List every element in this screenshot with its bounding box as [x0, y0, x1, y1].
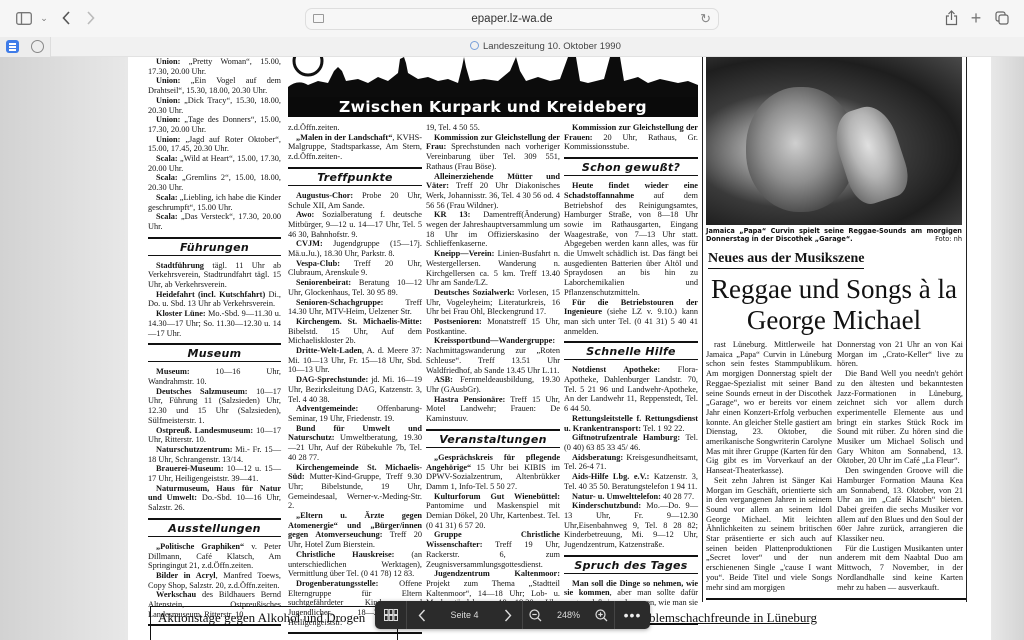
listing-entry: Deutsches Sozialwerk: Vorlesen, 15 Uhr, …	[426, 288, 560, 317]
listing-entry-title: Postsenioren:	[434, 317, 482, 326]
listing-entry-title: Aids-Hilfe Lbg. e.V.:	[572, 472, 649, 481]
listing-entry-title: Natur- u. Umwelttelefon:	[572, 492, 661, 501]
schon-gewusst-text: Heute findet wieder eine Schadstoffannah…	[564, 181, 698, 336]
browser-toolbar: ⌄ epaper.lz-wa.de ↻ +	[0, 0, 1024, 37]
tabs-overview-icon[interactable]	[992, 9, 1012, 27]
page-indicator: Seite 4	[435, 610, 495, 620]
page-navigation-toolbar: Seite 4 248% •••	[375, 601, 650, 629]
section-title-schnelle-hilfe: Schnelle Hilfe	[564, 345, 698, 360]
column-kino-fuehrungen-museum: Union: „Pretty Woman“, 15.00, 17.30, 20.…	[148, 57, 281, 628]
listing-entry-title: Giftnotrufzentrale Hamburg:	[572, 433, 680, 442]
listing-entry: Alleinerziehende Mütter und Väter: Treff…	[426, 172, 560, 211]
schnelle-hilfe-listings: Notdienst Apotheke: Flora-Apotheke, Dahl…	[564, 365, 698, 549]
active-tab[interactable]: Landeszeitung 10. Oktober 1990	[470, 41, 621, 52]
listing-entry-title: Heidefahrt (incl. Kutschfahrt)	[156, 290, 265, 299]
listing-entry-title: Deutsches Salzmuseum:	[156, 387, 248, 396]
listing-entry-title: DAG-Sprechstunde:	[296, 375, 368, 384]
zoom-in-button[interactable]	[590, 601, 614, 629]
lead-listings: „Malen in der Landschaft“, KVHS-Malgrupp…	[288, 133, 422, 162]
listing-entry-title: „Politische Graphiken“	[156, 542, 244, 551]
kino-listings: Union: „Pretty Woman“, 15.00, 17.30, 20.…	[148, 57, 281, 232]
zoom-level: 248%	[548, 610, 590, 620]
section-title-spruch-des-tages: Spruch des Tages	[564, 559, 698, 574]
article-photo[interactable]	[706, 57, 962, 225]
listing-entry: Heute findet wieder eine Schadstoffannah…	[564, 181, 698, 297]
listing-entry-title: Bilder in Acryl	[156, 571, 216, 580]
veranstaltungen-listings: „Gesprächskreis für pflegende Angehörige…	[426, 453, 560, 618]
listing-entry-title: Man soll die Dinge so nehmen, wie sie ko…	[564, 579, 698, 598]
photo-caption: Jamaica „Papa“ Curvin spielt seine Regga…	[706, 227, 962, 243]
listing-entry: Augustus-Chor: Probe 20 Uhr, Schule XII,…	[288, 191, 422, 210]
listing-entry-title: Scala:	[156, 193, 178, 202]
listing-entry-title: Kulturforum Gut Wienebüttel:	[434, 492, 560, 501]
listing-entry: Kinderschutzbund: Mo.—Do. 9—13 Uhr, Fr. …	[564, 501, 698, 550]
grid-icon	[384, 609, 398, 621]
extension-icon[interactable]	[31, 40, 44, 53]
listing-entry: Naturmuseum, Haus für Natur und Umwelt: …	[148, 484, 281, 513]
section-title-treffpunkte: Treffpunkte	[288, 171, 422, 186]
prev-page-button[interactable]	[409, 601, 435, 629]
listing-entry: Für die Betriebstouren der Ingenieure (s…	[564, 298, 698, 337]
listing-entry: Seniorenbeirat: Beratung 10—12 Uhr, Gloc…	[288, 278, 422, 297]
listing-entry: Rettungsleitstelle f. Rettungsdienst u. …	[564, 414, 698, 433]
listing-entry-title: „Malen in der Landschaft“	[296, 133, 392, 142]
listing-entry-title: Awo:	[296, 210, 314, 219]
listing-entry-title: Für die Betriebstouren der Ingenieure	[564, 298, 698, 317]
listing-entry: DAG-Sprechstunde: jd. Mi. 16—19 Uhr, Bez…	[288, 375, 422, 404]
bottom-right-headline: blemschachfreunde in Lüneburg	[649, 610, 817, 626]
article-paragraph: Für die Lustigen Musikanten unter andere…	[837, 544, 963, 593]
listing-entry-title: Augustus-Chor:	[296, 191, 353, 200]
section-title-veranstaltungen: Veranstaltungen	[426, 433, 560, 448]
epaper-viewer[interactable]: Union: „Pretty Woman“, 15.00, 17.30, 20.…	[0, 57, 1024, 640]
listing-entry-title: Kreissportbund—Wandergruppe:	[434, 336, 555, 345]
section-title-museum: Museum	[148, 347, 281, 362]
caption-text: Jamaica „Papa“ Curvin spielt seine Regga…	[706, 227, 962, 243]
photo-credit: Foto: nh	[935, 235, 962, 243]
listing-entry-title: Kinderschutzbund:	[572, 501, 641, 510]
article-headline: Reggae und Songs à la George Michael	[706, 274, 962, 336]
lead-text: 19, Tel. 4 50 55.	[426, 123, 560, 133]
listing-entry-title: Scala:	[156, 212, 178, 221]
listing-entry: Kommission zur Gleichstellung der Frauen…	[564, 123, 698, 152]
listing-entry: Dritte-Welt-Laden, A. d. Meere 37: Mi. 1…	[288, 346, 422, 375]
museum-listings: Museum: 10—16 Uhr, Wandrahmstr. 10.Deuts…	[148, 367, 281, 513]
listing-entry: Scala: „Wild at Heart“, 15.00, 17.30, 20…	[148, 154, 281, 173]
listing-entry: Union: „Pretty Woman“, 15.00, 17.30, 20.…	[148, 57, 281, 76]
reload-icon[interactable]: ↻	[700, 11, 711, 27]
listing-entry: Bund für Umwelt und Naturschutz: Umweltb…	[288, 424, 422, 463]
article-paragraph: rast Lüneburg. Mittlerweile hat Jamaica …	[706, 340, 832, 476]
listing-entry: Stadtführung tägl. 11 Uhr ab Verkehrsver…	[148, 261, 281, 290]
listing-entry-title: Aidsberatung:	[572, 453, 623, 462]
zoom-group: 248%	[523, 601, 615, 629]
listing-entry: Bilder in Acryl, Manfred Toews, Copy Sho…	[148, 571, 281, 590]
treffpunkte-listings: Augustus-Chor: Probe 20 Uhr, Schule XII,…	[288, 191, 422, 628]
column-schnelle-hilfe: Kommission zur Gleichstellung der Frauen…	[564, 123, 698, 627]
article-kicker: Neues aus der Musikszene	[708, 250, 864, 269]
listing-entry: Vespa-Club: Treff 20 Uhr, Clubraum, Aren…	[288, 259, 422, 278]
page-nav-group: Seite 4	[407, 601, 523, 629]
article-bottom-rule	[706, 598, 966, 600]
listing-entry: Kirchengemeinde St. Michaelis-Süd: Mutte…	[288, 463, 422, 512]
listing-entry-title: „Eltern u. Ärzte gegen Atomenergie“ und …	[288, 511, 422, 539]
listing-entry: Scala: „Das Versteck“, 17.30, 20.00 Uhr.	[148, 212, 281, 231]
listing-entry-title: Naturmuseum, Haus für Natur und Umwelt:	[148, 484, 281, 503]
listing-entry-title: Union:	[156, 96, 180, 105]
listing-entry-title: Union:	[156, 76, 180, 85]
listing-entry-title: Werkschau	[156, 590, 196, 599]
listing-entry: Postsenioren: Monatstreff 15 Uhr, Postka…	[426, 317, 560, 336]
listing-entry: Kirchengem. St. Michaelis-Mitte: Bibelst…	[288, 317, 422, 346]
listing-entry-title: Deutsches Sozialwerk:	[434, 288, 515, 297]
listing-entry-title: Union:	[156, 135, 180, 144]
share-icon[interactable]	[941, 9, 961, 27]
listing-entry: „Eltern u. Ärzte gegen Atomenergie“ und …	[288, 511, 422, 550]
listing-entry-title: Dritte-Welt-Laden	[296, 346, 362, 355]
listing-entry: „Malen in der Landschaft“, KVHS-Malgrupp…	[288, 133, 422, 162]
listing-entry-title: Union:	[156, 115, 180, 124]
sidebar-icon[interactable]	[14, 9, 34, 27]
listing-entry-title: Kirchengemeinde St. Michaelis-Süd:	[288, 463, 422, 482]
listing-entry: Heidefahrt (incl. Kutschfahrt) Di., Do. …	[148, 290, 281, 309]
listing-entry: Union: „Ein Vogel auf dem Drahtseil“, 15…	[148, 76, 281, 95]
next-page-button[interactable]	[495, 601, 521, 629]
listing-entry: Awo: Sozialberatung f. deutsche Mitbürge…	[288, 210, 422, 239]
more-icon: •••	[624, 607, 642, 623]
listing-entry-title: CVJM:	[296, 239, 323, 248]
sidebar-dropdown-chevron-icon[interactable]: ⌄	[34, 9, 54, 27]
zoom-out-button[interactable]	[524, 601, 548, 629]
forward-button[interactable]	[80, 9, 100, 27]
listing-entry-title: Seniorenbeirat:	[296, 278, 351, 287]
section-banner: Zwischen Kurpark und Kreideberg	[288, 57, 698, 119]
listing-entry: Kulturforum Gut Wienebüttel: Pantomime u…	[426, 492, 560, 531]
new-tab-plus-icon[interactable]: +	[966, 9, 986, 27]
more-options-button[interactable]: •••	[615, 601, 650, 629]
article-paragraph: Donnerstag von 21 Uhr an von Kai Morgan …	[837, 340, 963, 369]
listing-entry-title: Stadtführung	[156, 261, 204, 270]
lead-listings: Kommission zur Gleichstellung der Frauen…	[564, 123, 698, 152]
section-title-schon-gewusst: Schon gewußt?	[564, 161, 698, 176]
listing-entry-title: Drogenberatungsstelle:	[296, 579, 378, 588]
listing-entry: Kreissportbund—Wandergruppe: Nachmittags…	[426, 336, 560, 375]
listing-entry-title: Kommission zur Gleichstellung der Frau:	[426, 133, 560, 152]
listing-entry: Giftnotrufzentrale Hamburg: Tel. (0 40) …	[564, 433, 698, 452]
listing-entry: Kommission zur Gleichstellung der Frau: …	[426, 133, 560, 172]
skyline-illustration	[288, 57, 698, 99]
listing-entry: Union: „Dick Tracy“, 15.30, 18.00, 20.30…	[148, 96, 281, 115]
listing-entry-title: Rettungsleitstelle f. Rettungsdienst u. …	[564, 414, 698, 433]
listing-entry-title: Hastra Pensionäre:	[434, 395, 505, 404]
favicon-icon	[470, 41, 479, 50]
listing-entry-title: Vespa-Club:	[296, 259, 340, 268]
listing-entry-title: Heute findet wieder eine Schadstoffannah…	[564, 181, 698, 200]
section-title-fuehrungen: Führungen	[148, 241, 281, 256]
listing-entry-title: Kloster Lüne:	[156, 309, 206, 318]
article-paragraph: Seit zehn Jahren ist Sänger Kai Morgan i…	[706, 476, 832, 592]
listing-entry: Kloster Lüne: Mo.-Sbd. 9—11.30 u. 14.30—…	[148, 309, 281, 338]
listing-entry: „Gesprächskreis für pflegende Angehörige…	[426, 453, 560, 492]
listing-entry-title: Adventgemeinde:	[296, 404, 358, 413]
listing-entry: Ostpreuß. Landesmuseum: 10—17 Uhr, Ritte…	[148, 426, 281, 445]
listing-entry: Brauerei-Museum: 10—12 u. 15—17 Uhr, Hei…	[148, 464, 281, 483]
listing-entry-title: Jugendzentrum Kaltenmoor:	[434, 569, 560, 578]
bottom-left-headline: Aktionstage gegen Alkohol und Drogen	[158, 610, 365, 626]
listing-entry-title: Scala:	[156, 154, 178, 163]
tab-title: Landeszeitung 10. Oktober 1990	[483, 41, 621, 52]
listing-entry-title: Kneipp—Verein:	[434, 249, 494, 258]
listing-entry-title: ASB:	[434, 375, 453, 384]
listing-entry-title: „Gesprächskreis für pflegende Angehörige…	[426, 453, 560, 472]
thumbnail-grid-button[interactable]	[375, 601, 407, 629]
listing-entry-title: Senioren-Schachgruppe:	[296, 298, 383, 307]
column-treffpunkte: z.d.Öffn.zeiten. „Malen in der Landschaf…	[288, 123, 422, 636]
column-divider	[966, 57, 967, 602]
listing-entry-title: Kirchengem. St. Michaelis-Mitte:	[296, 317, 422, 326]
section-title-ausstellungen: Ausstellungen	[148, 522, 281, 537]
listing-entry: Union: „Jagd auf Roter Oktober“, 15.00, …	[148, 135, 281, 154]
listing-entry: Gruppe Christliche Wissenschafter: Treff…	[426, 530, 560, 569]
listing-entry-title: Christliche Hauskreise:	[296, 550, 394, 559]
listing-entry: Adventgemeinde: Offenbarung-Seminar, 19 …	[288, 404, 422, 423]
listing-entry-title: Naturschutzzentrum:	[156, 445, 233, 454]
sidebar-tab-icons	[0, 37, 51, 57]
column-veranstaltungen: 19, Tel. 4 50 55. Kommission zur Gleichs…	[426, 123, 560, 627]
listing-entry: Scala: „Gremlins 2“, 15.00, 18.00, 20.30…	[148, 173, 281, 192]
reader-icon[interactable]	[6, 40, 19, 53]
column-divider	[702, 57, 703, 602]
listing-entry: Aidsberatung: Kreisgesundheitsamt, Tel. …	[564, 453, 698, 472]
listing-entry-title: KR 13:	[434, 210, 470, 219]
listing-entry: Deutsches Salzmuseum: 10—17 Uhr, Führung…	[148, 387, 281, 426]
listing-entry: „Politische Graphiken“ v. Peter Dillmann…	[148, 542, 281, 571]
banner-title: Zwischen Kurpark und Kreideberg	[288, 97, 698, 117]
listing-entry: Hastra Pensionäre: Treff 15 Uhr, Motel L…	[426, 395, 560, 424]
listing-entry: Christliche Hauskreise: (an unterschiedl…	[288, 550, 422, 579]
listing-entry: CVJM: Jugendgruppe (15—17j. Mä.u.Ju.), 1…	[288, 239, 422, 258]
article-paragraph: Den swingenden Groove will die Hamburger…	[837, 466, 963, 544]
listing-entry: Naturschutzzentrum: Mi.- Fr. 15—18 Uhr, …	[148, 445, 281, 464]
lead-text: z.d.Öffn.zeiten.	[288, 123, 422, 133]
listing-entry: Museum: 10—16 Uhr, Wandrahmstr. 10.	[148, 367, 281, 386]
treffpunkte-cont-listings: Kommission zur Gleichstellung der Frau: …	[426, 133, 560, 424]
article-body-right: Donnerstag von 21 Uhr an von Kai Morgan …	[837, 340, 963, 592]
listing-entry: ASB: Fernmeldeausbildung, 19.30 Uhr (GAu…	[426, 375, 560, 394]
listing-entry-title: Ostpreuß. Landesmuseum:	[156, 426, 253, 435]
listing-entry: Union: „Tage des Donners“, 15.00, 17.30,…	[148, 115, 281, 134]
listing-entry-title: Gruppe Christliche Wissenschafter:	[426, 530, 560, 549]
listing-entry-title: Kommission zur Gleichstellung der Frauen…	[564, 123, 698, 142]
listing-entry-title: Bund für Umwelt und Naturschutz:	[288, 424, 422, 443]
listing-entry-title: Brauerei-Museum:	[156, 464, 224, 473]
newspaper-page: Union: „Pretty Woman“, 15.00, 17.30, 20.…	[128, 57, 991, 640]
listing-entry: Natur- u. Umwelttelefon: 40 28 77.	[564, 492, 698, 502]
listing-entry-title: Scala:	[156, 173, 178, 182]
listing-entry: Notdienst Apotheke: Flora-Apotheke, Dahl…	[564, 365, 698, 414]
address-bar[interactable]: epaper.lz-wa.de ↻	[305, 8, 719, 30]
article-body-left: rast Lüneburg. Mittlerweile hat Jamaica …	[706, 340, 832, 592]
tab-bar: Landeszeitung 10. Oktober 1990	[0, 37, 1024, 57]
listing-entry-title: Union:	[156, 57, 180, 66]
listing-entry-title: Alleinerziehende Mütter und Väter:	[426, 172, 560, 191]
listing-entry: Senioren-Schachgruppe: Treff 14.30 Uhr, …	[288, 298, 422, 317]
back-button[interactable]	[56, 9, 76, 27]
article-paragraph: Die Band Well you needn't gehört zu den …	[837, 369, 963, 466]
listing-entry: Scala: „Liebling, ich habe die Kinder ge…	[148, 193, 281, 212]
listing-entry: KR 13: Damentreff(Änderung) wegen der Ja…	[426, 210, 560, 249]
fuehrungen-listings: Stadtführung tägl. 11 Uhr ab Verkehrsver…	[148, 261, 281, 339]
url-text: epaper.lz-wa.de	[306, 13, 718, 25]
listing-entry-title: Notdienst Apotheke:	[572, 365, 660, 374]
listing-entry-title: Museum:	[156, 367, 190, 376]
listing-entry: Aids-Hilfe Lbg. e.V.: Katzenstr. 3, Tel.…	[564, 472, 698, 491]
listing-entry: Kneipp—Verein: Linien-Busfahrt n. Wester…	[426, 249, 560, 288]
